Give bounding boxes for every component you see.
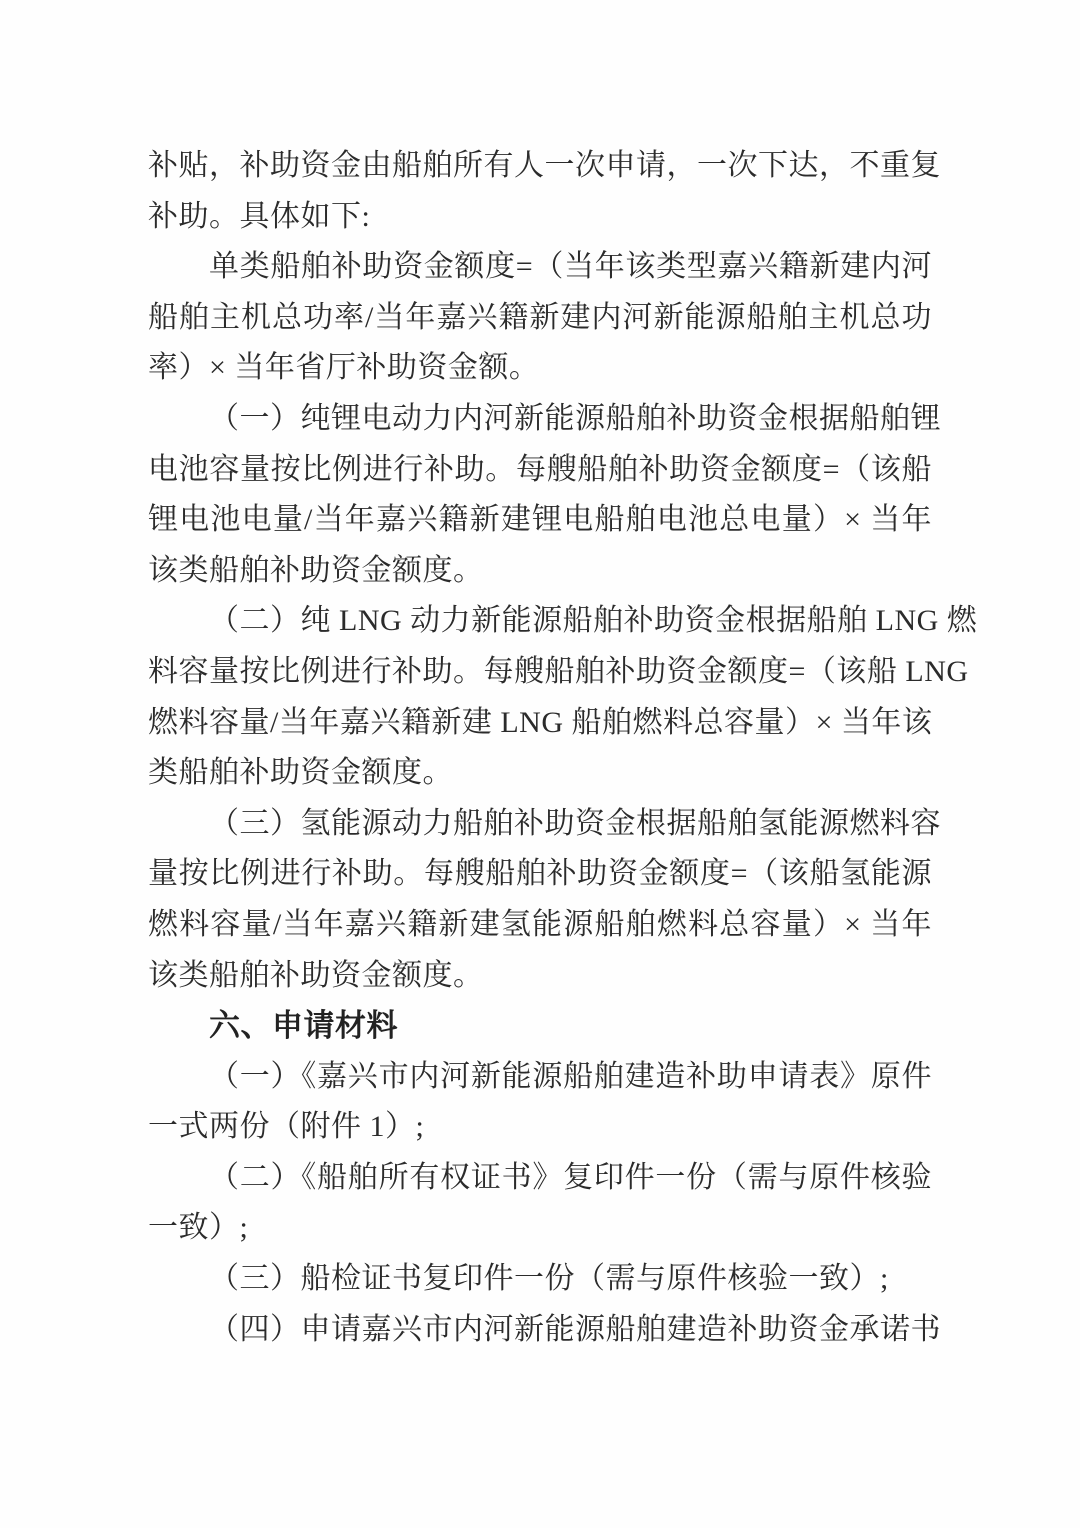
text-line: 一致）; <box>148 1203 932 1254</box>
text-line: 该类船舶补助资金额度。 <box>148 951 932 1002</box>
text-line: 单类船舶补助资金额度=（当年该类型嘉兴籍新建内河 <box>148 242 932 293</box>
document-body: 补贴，补助资金由船舶所有人一次申请，一次下达，不重复补助。具体如下:单类船舶补助… <box>148 141 932 1355</box>
text-line: 燃料容量/当年嘉兴籍新建 LNG 船舶燃料总容量）× 当年该 <box>148 698 932 749</box>
text-line: 锂电池电量/当年嘉兴籍新建锂电船舶电池总电量）× 当年 <box>148 495 932 546</box>
text-line: （二）《船舶所有权证书》复印件一份（需与原件核验 <box>148 1153 932 1204</box>
text-line: 料容量按比例进行补助。每艘船舶补助资金额度=（该船 LNG <box>148 647 932 698</box>
text-line: （二）纯 LNG 动力新能源船舶补助资金根据船舶 LNG 燃 <box>148 596 932 647</box>
text-line: 一式两份（附件 1）; <box>148 1102 932 1153</box>
text-line: 率）× 当年省厅补助资金额。 <box>148 343 932 394</box>
text-line: 燃料容量/当年嘉兴籍新建氢能源船舶燃料总容量）× 当年 <box>148 900 932 951</box>
text-line: （三）船检证书复印件一份（需与原件核验一致）; <box>148 1254 932 1305</box>
text-line: （一）纯锂电动力内河新能源船舶补助资金根据船舶锂 <box>148 394 932 445</box>
document-page: 补贴，补助资金由船舶所有人一次申请，一次下达，不重复补助。具体如下:单类船舶补助… <box>0 0 1080 1528</box>
text-line: 补贴，补助资金由船舶所有人一次申请，一次下达，不重复 <box>148 141 932 192</box>
text-line: 船舶主机总功率/当年嘉兴籍新建内河新能源船舶主机总功 <box>148 293 932 344</box>
text-line: 该类船舶补助资金额度。 <box>148 546 932 597</box>
text-line: （一）《嘉兴市内河新能源船舶建造补助申请表》原件 <box>148 1052 932 1103</box>
text-line: 电池容量按比例进行补助。每艘船舶补助资金额度=（该船 <box>148 445 932 496</box>
text-line: 类船舶补助资金额度。 <box>148 748 932 799</box>
text-line: （三）氢能源动力船舶补助资金根据船舶氢能源燃料容 <box>148 799 932 850</box>
section-heading: 六、申请材料 <box>148 1001 932 1052</box>
text-line: 补助。具体如下: <box>148 192 932 243</box>
text-line: 量按比例进行补助。每艘船舶补助资金额度=（该船氢能源 <box>148 849 932 900</box>
text-line: （四）申请嘉兴市内河新能源船舶建造补助资金承诺书 <box>148 1305 932 1356</box>
